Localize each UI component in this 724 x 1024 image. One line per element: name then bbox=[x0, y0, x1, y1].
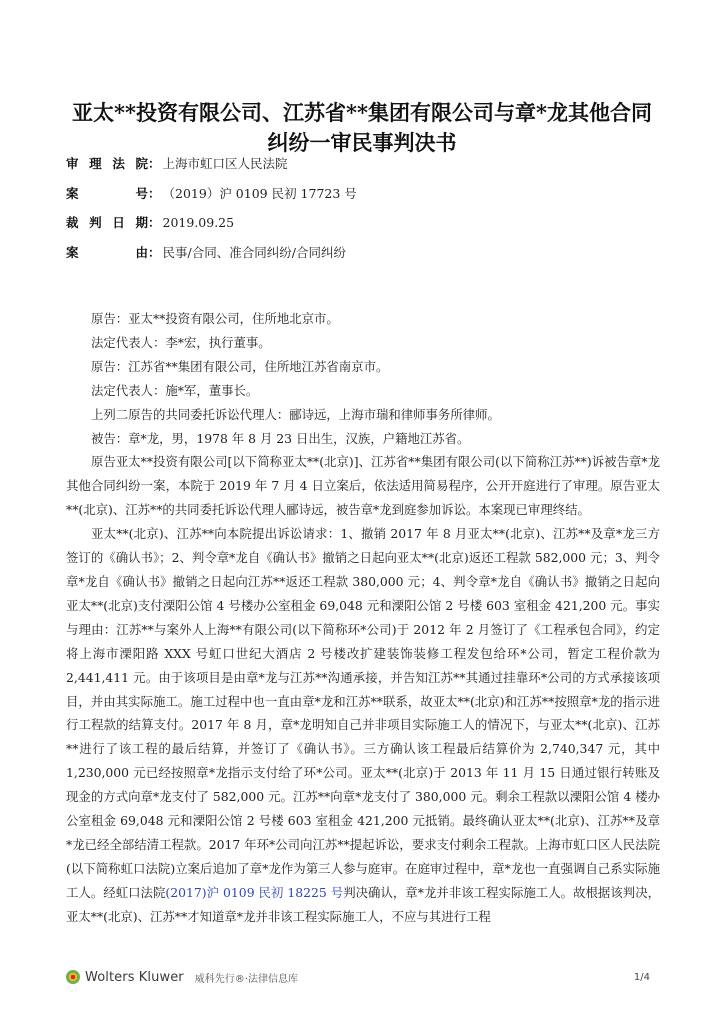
meta-judgment-date: 裁 判 日 期 ： 2019.09.25 bbox=[66, 213, 666, 243]
label-char: 裁 bbox=[66, 213, 79, 231]
meta-case-number-value: （2019）沪 0109 民初 17723 号 bbox=[163, 184, 357, 202]
label-char: 审 bbox=[66, 154, 79, 172]
meta-label: 案 号 bbox=[66, 184, 148, 202]
meta-colon: ： bbox=[148, 154, 161, 172]
meta-label: 审 理 法 院 bbox=[66, 154, 148, 172]
paragraph-plaintiff-2: 原告：江苏省**集团有限公司，住所地江苏省南京市。 bbox=[66, 355, 660, 379]
paragraph-representative-1: 法定代表人：李*宏，执行董事。 bbox=[66, 331, 660, 355]
document-title: 亚太**投资有限公司、江苏省**集团有限公司与章*龙其他合同纠纷一审民事判决书 bbox=[70, 98, 654, 158]
meta-colon: ： bbox=[148, 184, 161, 202]
meta-judgment-date-value: 2019.09.25 bbox=[163, 215, 235, 230]
case-reference-link[interactable]: (2017)沪 0109 民初 18225 号 bbox=[165, 885, 343, 900]
brand-cn: 威科先行®·法律信息库 bbox=[195, 970, 298, 985]
label-char: 号 bbox=[135, 184, 148, 202]
page-number: 1/4 bbox=[634, 972, 650, 983]
label-char: 期 bbox=[135, 213, 148, 231]
paragraph-claims: 亚太**(北京)、江苏**向本院提出诉讼请求：1、撤销 2017 年 8 月亚太… bbox=[66, 522, 660, 928]
label-char: 理 bbox=[89, 154, 102, 172]
label-char: 法 bbox=[112, 154, 125, 172]
label-char: 日 bbox=[112, 213, 125, 231]
meta-label: 案 由 bbox=[66, 243, 148, 261]
brand-name: Wolters Kluwer bbox=[85, 970, 184, 985]
label-char: 院 bbox=[135, 154, 148, 172]
label-char: 由 bbox=[135, 243, 148, 261]
meta-colon: ： bbox=[148, 213, 161, 231]
label-char: 案 bbox=[66, 184, 79, 202]
meta-court-value: 上海市虹口区人民法院 bbox=[163, 154, 288, 172]
meta-court: 审 理 法 院 ： 上海市虹口区人民法院 bbox=[66, 154, 666, 184]
meta-cause-value: 民事/合同、准合同纠纷/合同纠纷 bbox=[163, 243, 346, 261]
paragraph-plaintiff-1: 原告：亚太**投资有限公司，住所地北京市。 bbox=[66, 307, 660, 331]
judgment-body: 原告：亚太**投资有限公司，住所地北京市。 法定代表人：李*宏，执行董事。 原告… bbox=[66, 307, 660, 929]
paragraph-case-intro: 原告亚太**投资有限公司[以下简称亚太**(北京)]、江苏省**集团有限公司(以… bbox=[66, 450, 660, 522]
label-char: 案 bbox=[66, 243, 79, 261]
paragraph-representative-2: 法定代表人：施*军，董事长。 bbox=[66, 379, 660, 403]
meta-label: 裁 判 日 期 bbox=[66, 213, 148, 231]
meta-case-number: 案 号 ： （2019）沪 0109 民初 17723 号 bbox=[66, 184, 666, 214]
page-footer: Wolters Kluwer 威科先行®·法律信息库 1/4 bbox=[66, 966, 660, 988]
brand: Wolters Kluwer 威科先行®·法律信息库 bbox=[66, 970, 298, 985]
paragraph-defendant: 被告：章*龙，男，1978 年 8 月 23 日出生，汉族，户籍地江苏省。 bbox=[66, 427, 660, 451]
case-meta: 审 理 法 院 ： 上海市虹口区人民法院 案 号 ： （2019）沪 0109 … bbox=[66, 154, 666, 272]
label-char: 判 bbox=[89, 213, 102, 231]
paragraph-attorney: 上列二原告的共同委托诉讼代理人：郦诗远，上海市瑞和律师事务所律师。 bbox=[66, 403, 660, 427]
meta-colon: ： bbox=[148, 243, 161, 261]
claims-text: 亚太**(北京)、江苏**向本院提出诉讼请求：1、撤销 2017 年 8 月亚太… bbox=[66, 526, 660, 900]
meta-cause: 案 由 ： 民事/合同、准合同纠纷/合同纠纷 bbox=[66, 243, 666, 273]
wolters-kluwer-logo-icon bbox=[66, 970, 80, 984]
